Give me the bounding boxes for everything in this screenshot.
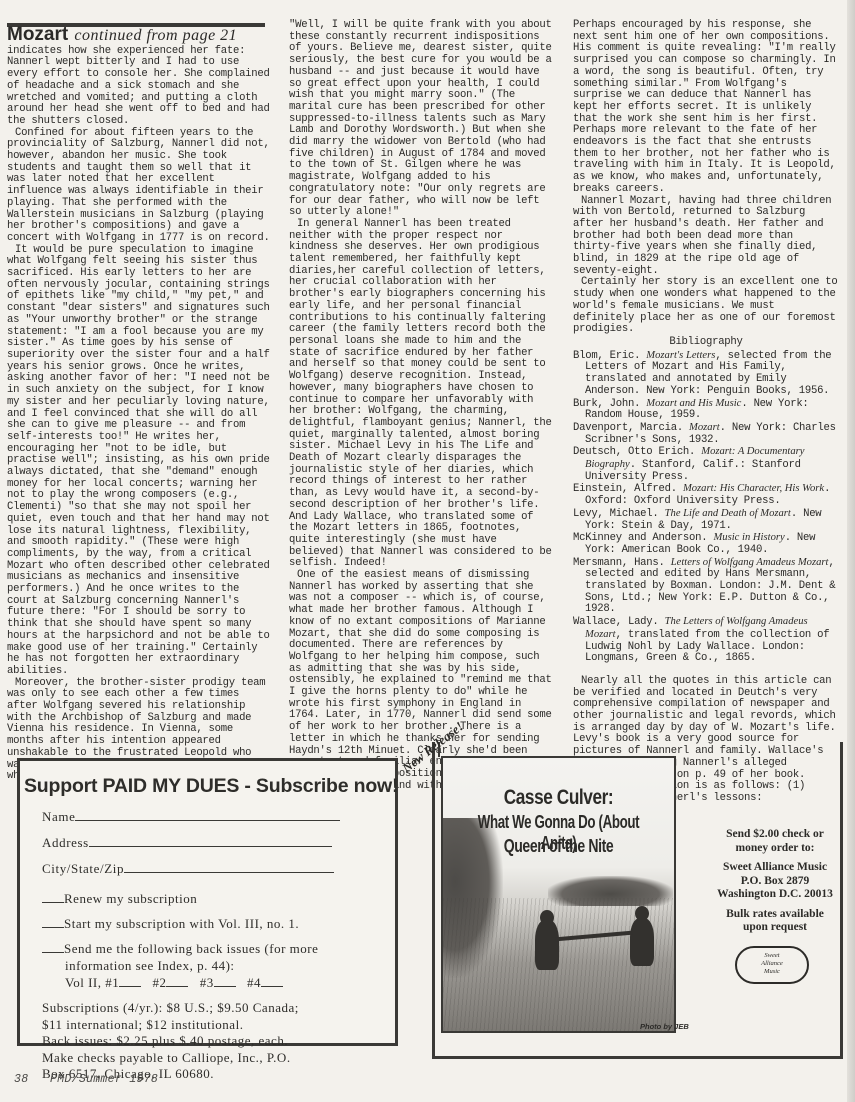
issue-3-blank[interactable] — [214, 974, 236, 987]
book-title: Mozart — [689, 422, 720, 433]
continued-from: continued from page 21 — [74, 27, 237, 44]
bibliography-entry: Mersmann, Hans. Letters of Wolfgang Amad… — [573, 557, 839, 617]
paragraph: Confined for about fifteen years to the … — [7, 128, 273, 245]
back-issues-option[interactable]: Send me the following back issues (for m… — [42, 940, 395, 957]
album-cover-photo: Casse Culver: What We Gonna Do (About An… — [441, 756, 676, 1033]
po-box: P.O. Box 2879 — [700, 875, 850, 889]
bibliography-entry: McKinney and Anderson. Music in History.… — [573, 532, 839, 556]
renew-checkbox[interactable] — [42, 890, 64, 903]
paragraph: Certainly her story is an excellent one … — [573, 277, 839, 336]
subscription-form: Support PAID MY DUES - Subscribe now! Na… — [17, 758, 398, 1046]
paragraph: Nannerl Mozart, having had three childre… — [573, 196, 839, 278]
bibliography-heading: Bibliography — [573, 337, 839, 349]
photo-credit: Photo by JEB — [640, 1022, 689, 1031]
person-figure — [535, 920, 559, 970]
paragraph: In general Nannerl has been treated neit… — [289, 219, 555, 570]
book-title: The Life and Death of Mozart — [665, 508, 791, 519]
book-title: Music in History — [713, 532, 784, 543]
paragraph: "Well, I will be quite frank with you ab… — [289, 20, 555, 219]
subscription-title: Support PAID MY DUES - Subscribe now! — [24, 775, 395, 798]
bibliography-entry: Davenport, Marcia. Mozart. New York: Cha… — [573, 422, 839, 446]
start-option[interactable]: Start my subscription with Vol. III, no.… — [42, 915, 395, 932]
company-name: Sweet Alliance Music — [700, 861, 850, 875]
bibliography-entry: Einstein, Alfred. Mozart: His Character,… — [573, 483, 839, 507]
article-column-3: Perhaps encouraged by his response, she … — [573, 20, 839, 805]
paragraph: It would be pure speculation to imagine … — [7, 245, 273, 678]
article-headline: Mozart continued from page 21 — [7, 29, 273, 45]
paragraph: Perhaps encouraged by his response, she … — [573, 20, 839, 196]
book-title: Mozart: His Character, His Work — [683, 483, 824, 494]
album-track-2: Queen of the Nite — [468, 836, 648, 857]
article-column-2: "Well, I will be quite frank with you ab… — [289, 20, 555, 804]
city-state-zip-field[interactable]: City/State/Zip — [42, 856, 395, 882]
bibliography-entry: Deutsch, Otto Erich. Mozart: A Documenta… — [573, 446, 839, 483]
book-title: Mozart and His Music — [646, 398, 741, 409]
back-issue-picker: Vol II, #1 #2 #3 #4 — [65, 974, 395, 991]
issue-4-blank[interactable] — [261, 974, 283, 987]
bibliography-entry: Levy, Michael. The Life and Death of Moz… — [573, 508, 839, 532]
back-issues-note: information see Index, p. 44): — [65, 957, 395, 974]
book-title: Mozart's Letters — [646, 350, 715, 361]
page-number: 38 — [14, 1073, 28, 1086]
order-info: Send $2.00 check or money order to: Swee… — [700, 828, 850, 935]
person-figure — [630, 918, 654, 966]
name-field[interactable]: Name — [42, 804, 395, 830]
page-footer: 38 PMD/Summer 1978 — [14, 1073, 158, 1086]
name-blank[interactable] — [75, 806, 340, 821]
bibliography-entry: Burk, John. Mozart and His Music. New Yo… — [573, 398, 839, 422]
headline-title: Mozart — [7, 24, 68, 45]
bibliography-list: Blom, Eric. Mozart's Letters, selected f… — [573, 350, 839, 665]
start-checkbox[interactable] — [42, 915, 64, 928]
article-column-1: Mozart continued from page 21 indicates … — [7, 0, 273, 783]
page-edge-shadow — [847, 0, 855, 1102]
bibliography-entry: Wallace, Lady. The Letters of Wolfgang A… — [573, 616, 839, 665]
bibliography-entry: Blom, Eric. Mozart's Letters, selected f… — [573, 350, 839, 398]
issue-2-blank[interactable] — [166, 974, 188, 987]
paragraph: indicates how she experienced her fate: … — [7, 46, 273, 128]
city-blank[interactable] — [124, 858, 334, 873]
book-title: Letters of Wolfgang Amadeus Mozart — [671, 557, 829, 568]
issue-1-blank[interactable] — [119, 974, 141, 987]
sweet-alliance-logo: Sweet Alliance Music — [735, 946, 809, 984]
company-city: Washington D.C. 20013 — [700, 888, 850, 902]
back-issues-checkbox[interactable] — [42, 940, 64, 953]
address-blank[interactable] — [89, 832, 332, 847]
subscription-rates: Subscriptions (4/yr.): $8 U.S.; $9.50 Ca… — [42, 1000, 395, 1083]
issue-label: PMD/Summer 1978 — [50, 1073, 158, 1086]
address-field[interactable]: Address — [42, 830, 395, 856]
renew-option[interactable]: Renew my subscription — [42, 890, 395, 907]
album-artist: Casse Culver: — [464, 786, 653, 810]
